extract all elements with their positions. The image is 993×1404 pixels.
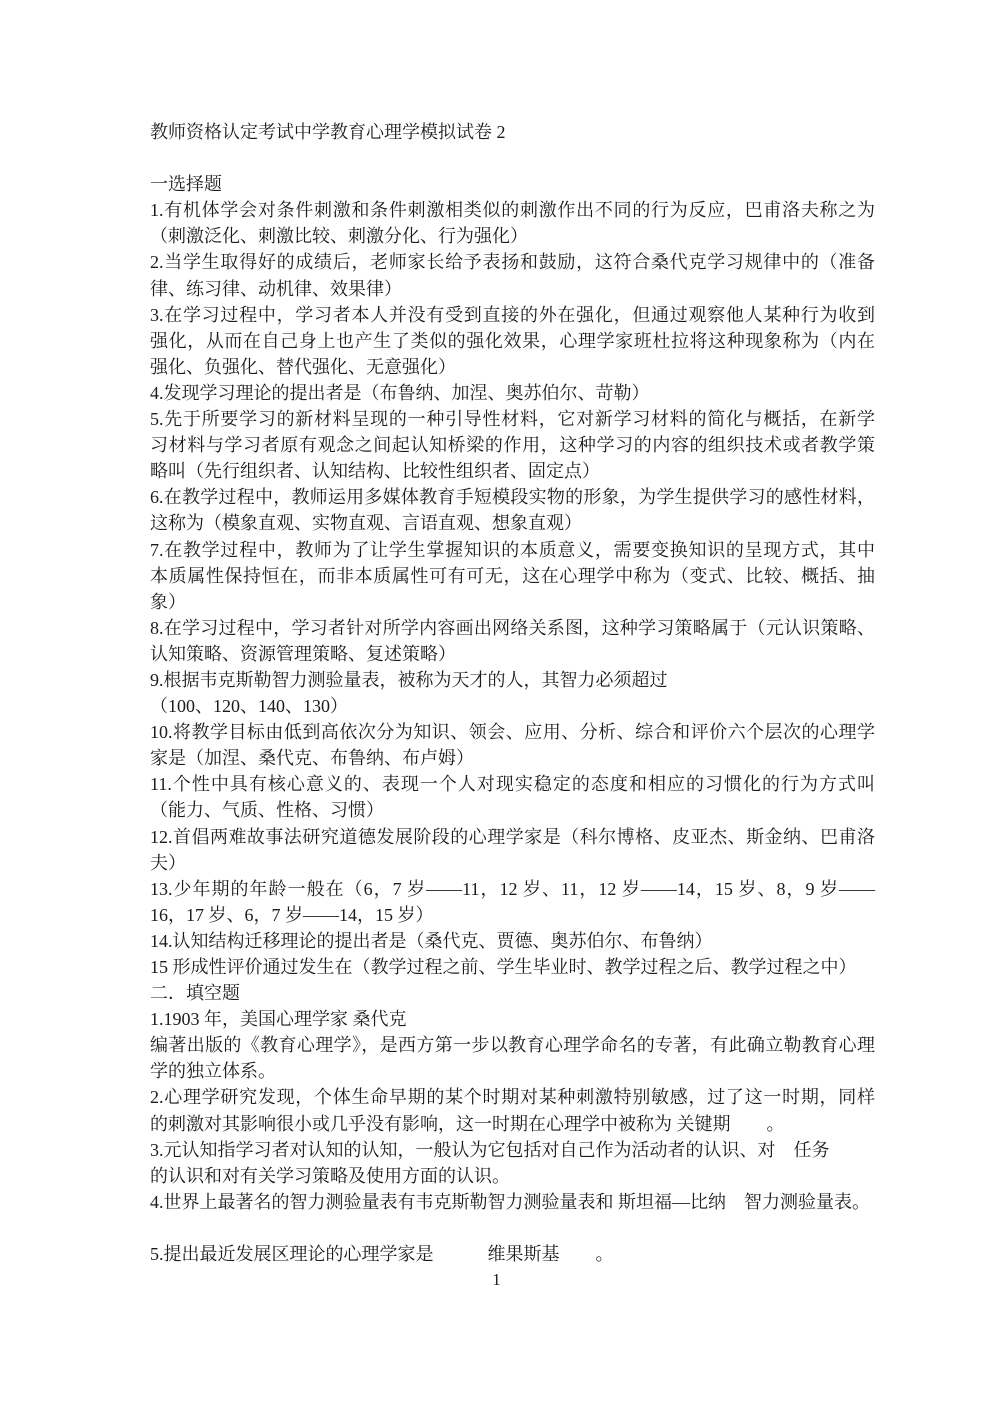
text-line: 编著出版的《教育心理学》，是西方第一步以教育心理学命名的专著，有此确立勒教育心理 xyxy=(150,1032,875,1058)
blank-line xyxy=(150,145,875,171)
doc-title: 教师资格认定考试中学教育心理学模拟试卷 2 xyxy=(150,119,875,145)
text-line: 这称为（模象直观、实物直观、言语直观、想象直观） xyxy=(150,510,875,536)
text-line: 2.心理学研究发现，个体生命早期的某个时期对某种刺激特别敏感，过了这一时期，同样 xyxy=(150,1084,875,1110)
text-line: 16，17 岁、6，7 岁——14，15 岁） xyxy=(150,902,875,928)
text-line: 的认识和对有关学习策略及使用方面的认识。 xyxy=(150,1163,875,1189)
text-line: （100、120、140、130） xyxy=(150,693,875,719)
text-line: 家是（加涅、桑代克、布鲁纳、布卢姆） xyxy=(150,745,875,771)
text-line: 略叫（先行组织者、认知结构、比较性组织者、固定点） xyxy=(150,458,875,484)
text-line: 10.将教学目标由低到高依次分为知识、领会、应用、分析、综合和评价六个层次的心理… xyxy=(150,719,875,745)
text-line: 的刺激对其影响很小或几乎没有影响，这一时期在心理学中被称为 关键期 。 xyxy=(150,1111,875,1137)
text-line: 5.提出最近发展区理论的心理学家是 维果斯基 。 xyxy=(150,1241,875,1267)
text-line: 5.先于所要学习的新材料呈现的一种引导性材料，它对新学习材料的简化与概括，在新学 xyxy=(150,406,875,432)
text-line: 9.根据韦克斯勒智力测验量表，被称为天才的人，其智力必须超过 xyxy=(150,667,875,693)
page-number: 1 xyxy=(0,1267,993,1293)
text-line: 7.在教学过程中，教师为了让学生掌握知识的本质意义，需要变换知识的呈现方式，其中 xyxy=(150,537,875,563)
document-body: 教师资格认定考试中学教育心理学模拟试卷 2 一选择题1.有机体学会对条件刺激和条… xyxy=(150,119,875,1267)
text-line: 本质属性保持恒在，而非本质属性可有可无，这在心理学中称为（变式、比较、概括、抽 xyxy=(150,563,875,589)
text-line: 学的独立体系。 xyxy=(150,1058,875,1084)
text-line: 15 形成性评价通过发生在（教学过程之前、学生毕业时、教学过程之后、教学过程之中… xyxy=(150,954,875,980)
text-line: 认知策略、资源管理策略、复述策略） xyxy=(150,641,875,667)
text-line: 强化，从而在自己身上也产生了类似的强化效果，心理学家班杜拉将这种现象称为（内在 xyxy=(150,328,875,354)
section-heading-fill: 二．填空题 xyxy=(150,980,875,1006)
text-line: 强化、负强化、替代强化、无意强化） xyxy=(150,354,875,380)
text-line: （能力、气质、性格、习惯） xyxy=(150,797,875,823)
text-line: 12.首倡两难故事法研究道德发展阶段的心理学家是（科尔博格、皮亚杰、斯金纳、巴甫… xyxy=(150,824,875,850)
text-line: 4.发现学习理论的提出者是（布鲁纳、加涅、奥苏伯尔、苛勒） xyxy=(150,380,875,406)
text-line: 13.少年期的年龄一般在（6，7 岁——11，12 岁、11，12 岁——14，… xyxy=(150,876,875,902)
text-line: 1.1903 年，美国心理学家 桑代克 xyxy=(150,1006,875,1032)
text-line: 3.在学习过程中，学习者本人并没有受到直接的外在强化，但通过观察他人某种行为收到 xyxy=(150,302,875,328)
text-line: （刺激泛化、刺激比较、刺激分化、行为强化） xyxy=(150,223,875,249)
text-line: 1.有机体学会对条件刺激和条件刺激相类似的刺激作出不同的行为反应，巴甫洛夫称之为 xyxy=(150,197,875,223)
text-line: 6.在教学过程中，教师运用多媒体教育手短模段实物的形象，为学生提供学习的感性材料… xyxy=(150,484,875,510)
text-line: 8.在学习过程中，学习者针对所学内容画出网络关系图，这种学习策略属于（元认识策略… xyxy=(150,615,875,641)
text-line: 11.个性中具有核心意义的、表现一个人对现实稳定的态度和相应的习惯化的行为方式叫 xyxy=(150,771,875,797)
text-line: 3.元认知指学习者对认知的认知，一般认为它包括对自己作为活动者的认识、对 任务 xyxy=(150,1137,875,1163)
text-line: 律、练习律、动机律、效果律） xyxy=(150,276,875,302)
text-line: 夫） xyxy=(150,850,875,876)
text-line: 14.认知结构迁移理论的提出者是（桑代克、贾德、奥苏伯尔、布鲁纳） xyxy=(150,928,875,954)
text-line: 习材料与学习者原有观念之间起认知桥梁的作用，这种学习的内容的组织技术或者教学策 xyxy=(150,432,875,458)
text-line: 象） xyxy=(150,589,875,615)
blank-line xyxy=(150,1215,875,1241)
text-line: 2.当学生取得好的成绩后，老师家长给予表扬和鼓励，这符合桑代克学习规律中的（准备 xyxy=(150,249,875,275)
text-line: 4.世界上最著名的智力测验量表有韦克斯勒智力测验量表和 斯坦福—比纳 智力测验量… xyxy=(150,1189,875,1215)
section-heading-choice: 一选择题 xyxy=(150,171,875,197)
